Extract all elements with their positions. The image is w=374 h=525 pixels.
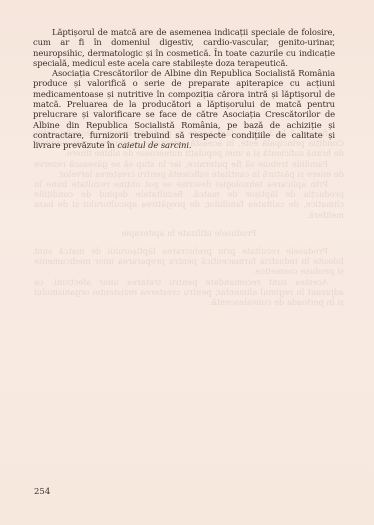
paragraph-royal-jelly-indications: Lăptișorul de matcă are de asemenea indi…	[33, 27, 335, 68]
page-number: 254	[34, 487, 50, 497]
paragraph-body: Asociația Crescătorilor de Albine din Re…	[33, 68, 335, 150]
italic-term-specifications: caietul de sarcini.	[117, 140, 191, 150]
paragraph-beekeepers-association: Asociația Crescătorilor de Albine din Re…	[33, 68, 335, 150]
bleed-heading: Produsele utilizate în apiterapie	[34, 228, 344, 238]
bleed-paragraph: Acestea sunt recomandate pentru tratarea…	[34, 277, 344, 308]
bleed-paragraph: Familiile trebuie să fie puternice, iar …	[34, 159, 344, 179]
bleed-paragraph: Produsele rezultate prin prelucrarea lăp…	[34, 246, 344, 277]
bleed-paragraph: Prin aplicarea tehnologiei descrise se p…	[34, 179, 344, 220]
body-text: Lăptișorul de matcă are de asemenea indi…	[33, 27, 335, 151]
book-page: fiecare 2 la 3 zile — fără pauze — pe to…	[0, 0, 374, 525]
bleed-through-text: fiecare 2 la 3 zile — fără pauze — pe to…	[34, 128, 344, 448]
